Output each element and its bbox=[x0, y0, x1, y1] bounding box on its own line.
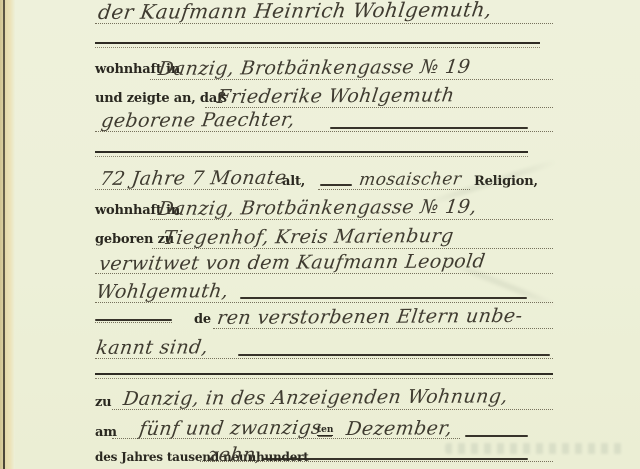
entry-age: 72 Jahre 7 Monate bbox=[99, 169, 288, 189]
blank-fill-line bbox=[240, 297, 527, 299]
label-day-suffix: ten bbox=[317, 426, 333, 436]
blank-fill-line bbox=[330, 127, 528, 129]
entry-informant-name: der Kaufmann Heinrich Wohlgemuth, bbox=[97, 0, 493, 22]
label-parents-prefix: de bbox=[194, 313, 211, 326]
entry-residence: Danzig, Brotbänkengasse № 19 bbox=[157, 58, 471, 79]
entry-birthplace: Tiegenhof, Kreis Marienburg bbox=[162, 227, 455, 248]
entry-deceased-name: Friederike Wohlgemuth bbox=[216, 86, 456, 107]
section-divider bbox=[95, 42, 540, 48]
blank-fill-line bbox=[95, 319, 172, 321]
label-age: alt, bbox=[282, 175, 305, 188]
label-report: und zeigte an, daß bbox=[95, 92, 227, 105]
registry-document-page: der Kaufmann Heinrich Wohlgemuth, wohnha… bbox=[0, 0, 640, 469]
page-edge-line bbox=[3, 0, 5, 469]
entry-death-day: fünf und zwanzigs bbox=[138, 419, 323, 439]
label-death-day: am bbox=[95, 426, 117, 439]
section-divider bbox=[95, 151, 528, 157]
entry-death-year: zehn, bbox=[207, 446, 263, 465]
blank-fill-line bbox=[238, 354, 550, 356]
ink-bleed-through bbox=[443, 258, 557, 309]
entry-maiden-name: geborene Paechter, bbox=[100, 111, 296, 131]
entry-husband-surname: Wohlgemuth, bbox=[95, 282, 230, 302]
entry-parents-line1: ren verstorbenen Eltern unbe- bbox=[216, 307, 524, 328]
blank-fill-line bbox=[320, 184, 352, 186]
entry-death-place: Danzig, in des Anzeigenden Wohnung, bbox=[122, 387, 509, 409]
label-death-place: zu bbox=[95, 396, 111, 409]
label-death-year: des Jahres tausend neunhundert bbox=[95, 451, 309, 463]
ink-bleed-through bbox=[445, 443, 625, 454]
blank-fill-line bbox=[465, 435, 528, 437]
entry-death-month: Dezember, bbox=[345, 419, 453, 439]
entry-parents-line2: kannt sind, bbox=[95, 338, 209, 358]
writing-guide-line bbox=[95, 322, 172, 323]
entry-religion: mosaischer bbox=[358, 171, 462, 189]
entry-marital-status: verwitwet von dem Kaufmann Leopold bbox=[98, 252, 486, 274]
section-divider bbox=[95, 373, 553, 379]
